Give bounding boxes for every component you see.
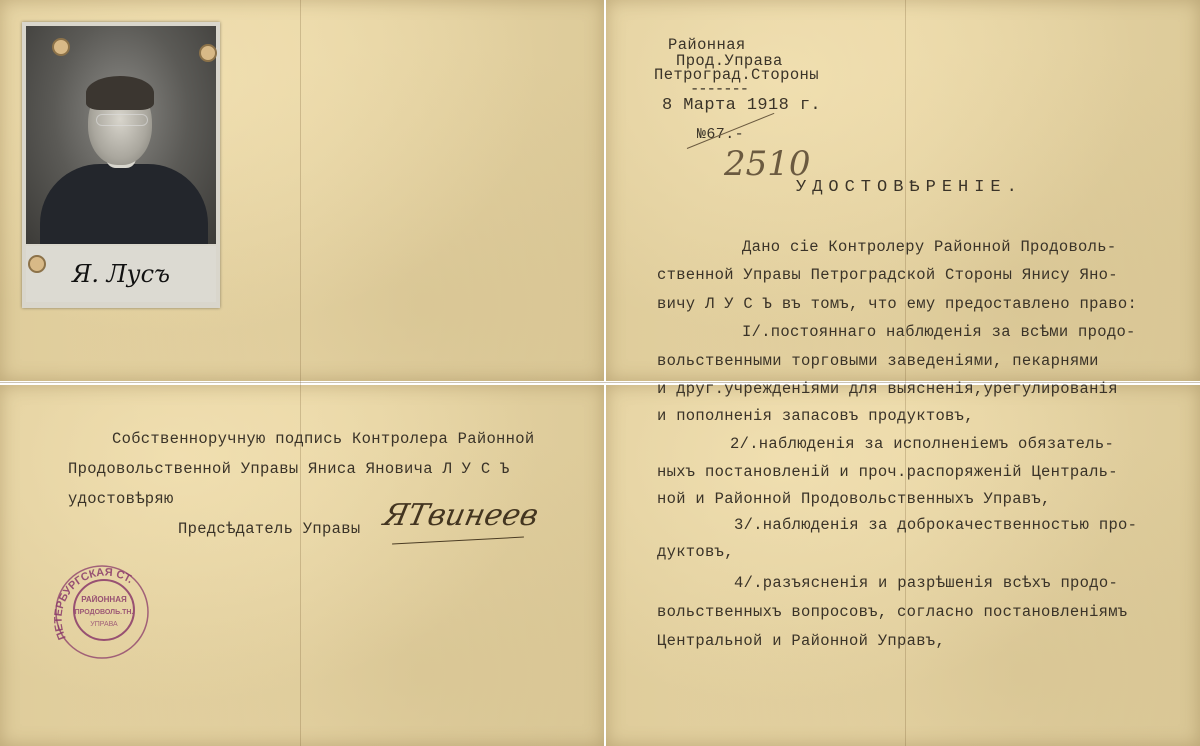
document-date: 8 Марта 1918 г. <box>662 96 821 115</box>
certificate-title: УДОСТОВѢРЕНIЕ. <box>796 178 1023 197</box>
certificate-line: Центральной и Районной Управъ, <box>657 632 945 650</box>
punch-hole-icon <box>28 255 46 273</box>
certificate-line: и пополненiя запасовъ продуктовъ, <box>657 407 974 425</box>
certificate-line: 2/.наблюденiя за исполненiемъ обязатель- <box>730 435 1114 453</box>
certificate-line: и друг.учрежденiями для выясненiя,урегул… <box>657 380 1118 398</box>
portrait-photo: Я. Лусъ <box>22 22 220 308</box>
certificate-line: вольственныхъ вопросовъ, согласно постан… <box>657 603 1127 621</box>
official-seal-icon: ПЕТЕРБУРГСКАЯ СТ. РАЙОННАЯ ПРОДОВОЛЬ.ТН.… <box>52 560 152 668</box>
photo-signature: Я. Лусъ <box>26 246 216 302</box>
punch-hole-icon <box>199 44 217 62</box>
certificate-line: ной и Районной Продовольственныхъ Управъ… <box>657 490 1051 508</box>
certificate-line: вичу Л У С Ъ въ томъ, что ему предоставл… <box>657 295 1137 313</box>
fold-crease <box>300 0 301 746</box>
certificate-line: вольственными торговыми заведенiями, пек… <box>657 352 1099 370</box>
certificate-line: ныхъ постановленiй и проч.распоряженiй Ц… <box>657 463 1118 481</box>
chairman-signature: ЯТвинеев <box>380 498 541 533</box>
attestation-line: Собственноручную подпись Контролера Райо… <box>112 430 534 448</box>
certificate-line: 4/.разъясненiя и разрѣшенiя всѣхъ продо- <box>734 574 1118 592</box>
portrait-body <box>40 164 208 244</box>
portrait-hair <box>86 76 154 110</box>
attestation-line: Продовольственной Управы Яниса Яновича Л… <box>68 460 510 478</box>
certificate-line: ственной Управы Петроградской Стороны Ян… <box>657 266 1118 284</box>
svg-text:РАЙОННАЯ: РАЙОННАЯ <box>81 595 127 604</box>
svg-text:ПРОДОВОЛЬ.ТН.: ПРОДОВОЛЬ.ТН. <box>75 609 134 616</box>
certificate-line: 3/.наблюденiя за доброкачественностью пр… <box>734 516 1137 534</box>
svg-text:УПРАВА: УПРАВА <box>90 621 118 628</box>
certificate-line: дуктовъ, <box>657 543 734 561</box>
signer-title: Предсѣдатель Управы <box>178 520 360 538</box>
attestation-line: удостовѣряю <box>68 490 174 508</box>
portrait-glasses <box>96 114 148 126</box>
portrait-image <box>26 26 216 244</box>
punch-hole-icon <box>52 38 70 56</box>
certificate-line: I/.постояннаго наблюденiя за всѣми продо… <box>742 323 1136 341</box>
certificate-line: Дано сiе Контролеру Районной Продоволь- <box>742 238 1116 256</box>
